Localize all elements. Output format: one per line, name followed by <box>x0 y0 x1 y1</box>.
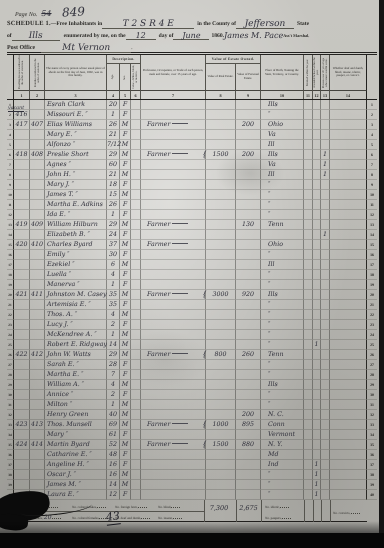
birthplace-cell: ″ <box>261 310 304 320</box>
family-cell <box>30 450 45 460</box>
real-estate-cell: 800 <box>206 350 236 360</box>
row-number-right: 15 <box>367 240 377 250</box>
occupation-cell <box>141 470 206 480</box>
occupation-cell: Farmer <box>141 220 206 230</box>
column-header-family: Families numbered in the order of visita… <box>30 55 45 90</box>
age-cell: 24 <box>107 230 120 240</box>
row-number-right: 7 <box>367 160 377 170</box>
infirm-cell <box>330 260 367 270</box>
birthplace-cell: Ill <box>261 170 304 180</box>
age-cell: 7/12 <box>107 140 120 150</box>
footer-rule <box>261 500 262 522</box>
birthplace-cell: ″ <box>261 270 304 280</box>
birthplace-cell: Vermont <box>261 430 304 440</box>
illiterate-cell <box>321 140 330 150</box>
occupation-cell <box>141 490 206 500</box>
real-estate-cell <box>206 380 236 390</box>
school-cell <box>313 290 321 300</box>
row-number-right: 35 <box>367 440 377 450</box>
school-cell <box>313 210 321 220</box>
infirm-cell <box>330 250 367 260</box>
family-cell <box>30 190 45 200</box>
real-estate-cell <box>206 180 236 190</box>
row-number-right: 3 <box>367 120 377 130</box>
family-cell <box>30 320 45 330</box>
family-cell <box>30 210 45 220</box>
married-cell <box>304 130 313 140</box>
row-number-right: 40 <box>367 490 377 500</box>
row-number-left: 13 <box>7 220 14 230</box>
family-cell: 407 <box>30 120 45 130</box>
census-scan-page: Page No. 54 849 SCHEDULE 1. —Free Inhabi… <box>0 0 384 548</box>
period: . <box>131 45 133 51</box>
illiterate-cell <box>321 220 330 230</box>
family-cell <box>30 270 45 280</box>
name-cell: Martha E. Adkins <box>45 200 107 210</box>
personal-estate-cell <box>236 250 261 260</box>
infirm-cell <box>330 470 367 480</box>
family-cell <box>30 140 45 150</box>
infirm-cell <box>330 100 367 110</box>
married-cell <box>304 360 313 370</box>
name-cell: Artemisia E. ″ <box>45 300 107 310</box>
school-cell <box>313 370 321 380</box>
birthplace-cell: ″ <box>261 210 304 220</box>
personal-estate-cell <box>236 180 261 190</box>
row-number-right: 16 <box>367 250 377 260</box>
sex-cell: M <box>120 340 131 350</box>
scan-edge-bottom <box>0 533 384 548</box>
occupation-cell <box>141 380 206 390</box>
married-cell <box>304 220 313 230</box>
real-estate-cell <box>206 390 236 400</box>
family-cell: 414 <box>30 440 45 450</box>
real-estate-cell <box>206 460 236 470</box>
married-cell <box>304 180 313 190</box>
column-number: 5 <box>120 90 131 99</box>
birthplace-cell: ″ <box>261 330 304 340</box>
school-cell: 1 <box>313 490 321 500</box>
name-cell: Elias Williams <box>45 120 107 130</box>
tally-convicts: No. convicts, <box>333 509 360 515</box>
birthplace-cell: ″ <box>261 390 304 400</box>
birthplace-cell: Tenn <box>261 350 304 360</box>
dwelling-cell <box>14 430 30 440</box>
row-number-right: 21 <box>367 300 377 310</box>
birthplace-cell: ″ <box>261 370 304 380</box>
name-cell: Sarah E. ″ <box>45 360 107 370</box>
illiterate-cell <box>321 420 330 430</box>
married-cell <box>304 320 313 330</box>
family-cell <box>30 360 45 370</box>
family-cell <box>30 310 45 320</box>
personal-estate-cell <box>236 200 261 210</box>
occupation-cell <box>141 180 206 190</box>
sex-cell: F <box>120 230 131 240</box>
dwelling-cell <box>14 180 30 190</box>
color-cell <box>131 330 141 340</box>
row-number-left: 19 <box>7 280 14 290</box>
name-cell: Preslie Short <box>45 150 107 160</box>
dwelling-cell <box>14 250 30 260</box>
married-cell <box>304 120 313 130</box>
table-header: Dwelling-houses numbered in the order of… <box>7 52 377 100</box>
illiterate-cell <box>321 260 330 270</box>
dwelling-cell <box>14 340 30 350</box>
sex-cell: M <box>120 440 131 450</box>
illiterate-cell <box>321 240 330 250</box>
age-cell: 28 <box>107 360 120 370</box>
illiterate-cell <box>321 470 330 480</box>
personal-estate-cell: 920 <box>236 290 261 300</box>
birthplace-cell: Ind <box>261 460 304 470</box>
infirm-cell <box>330 350 367 360</box>
section-description: Description. <box>107 55 141 64</box>
row-number-left: 21 <box>7 300 14 310</box>
infirm-cell <box>330 140 367 150</box>
personal-estate-cell <box>236 470 261 480</box>
married-cell <box>304 110 313 120</box>
dwelling-cell <box>14 320 30 330</box>
row-number-left: 6 <box>7 150 14 160</box>
name-cell: Henry Green <box>45 410 107 420</box>
name-cell: Mary E. ″ <box>45 130 107 140</box>
color-cell <box>131 100 141 110</box>
column-header-birthplace: Place of Birth, Naming the State, Territ… <box>261 55 304 90</box>
year-text: 1860. <box>211 33 224 39</box>
sex-cell: M <box>120 470 131 480</box>
birthplace-cell: ″ <box>261 490 304 500</box>
illiterate-cell <box>321 200 330 210</box>
school-cell <box>313 320 321 330</box>
married-cell <box>304 270 313 280</box>
real-estate-cell: 1500 <box>206 440 236 450</box>
row-number-right: 18 <box>367 270 377 280</box>
name-cell: Oscar J. ″ <box>45 470 107 480</box>
color-cell <box>131 320 141 330</box>
illiterate-cell <box>321 400 330 410</box>
married-cell <box>304 210 313 220</box>
occupation-cell <box>141 300 206 310</box>
real-estate-cell <box>206 430 236 440</box>
real-estate-cell <box>206 470 236 480</box>
real-estate-cell <box>206 240 236 250</box>
occupation-cell: Farmer <box>141 150 206 160</box>
illiterate-cell <box>321 360 330 370</box>
illiterate-cell <box>321 210 330 220</box>
row-number-left: 3 <box>7 120 14 130</box>
row-number-right: 2 <box>367 110 377 120</box>
column-header-school: Attended School within the year. <box>313 55 321 90</box>
row-number-right: 8 <box>367 170 377 180</box>
birthplace-cell: Ill <box>261 260 304 270</box>
column-header-dwelling: Dwelling-houses numbered in the order of… <box>14 55 30 90</box>
married-cell <box>304 170 313 180</box>
dwelling-cell <box>14 480 30 490</box>
color-cell <box>131 270 141 280</box>
occupation-cell: Farmer <box>141 290 206 300</box>
real-estate-cell <box>206 330 236 340</box>
dwelling-cell <box>14 270 30 280</box>
occupation-cell <box>141 430 206 440</box>
row-number-left: 31 <box>7 400 14 410</box>
infirm-cell <box>330 280 367 290</box>
dwelling-cell: 421 <box>14 290 30 300</box>
married-cell <box>304 160 313 170</box>
personal-estate-cell <box>236 460 261 470</box>
sex-cell: M <box>120 190 131 200</box>
dwelling-cell <box>14 260 30 270</box>
color-cell <box>131 240 141 250</box>
form-header: Page No. 54 849 SCHEDULE 1. —Free Inhabi… <box>7 3 377 52</box>
birthplace-cell: ″ <box>261 320 304 330</box>
color-cell <box>131 410 141 420</box>
vacant-note: vacant <box>8 106 24 112</box>
row-number-right: 20 <box>367 290 377 300</box>
occupation-cell <box>141 360 206 370</box>
age-cell: 35 <box>107 300 120 310</box>
dwelling-cell <box>14 450 30 460</box>
dwelling-cell <box>14 310 30 320</box>
infirm-cell <box>330 170 367 180</box>
age-cell: 69 <box>107 420 120 430</box>
sex-cell: M <box>120 420 131 430</box>
row-number-right: 13 <box>367 220 377 230</box>
occupation-cell <box>141 190 206 200</box>
sex-cell: F <box>120 300 131 310</box>
personal-estate-cell <box>236 160 261 170</box>
row-number-left: 36 <box>7 450 14 460</box>
personal-estate-cell <box>236 360 261 370</box>
birthplace-cell: ″ <box>261 180 304 190</box>
row-number-left: 5 <box>7 140 14 150</box>
column-number: 4 <box>107 90 120 99</box>
personal-estate-cell <box>236 270 261 280</box>
birthplace-cell: ″ <box>261 300 304 310</box>
illiterate-cell <box>321 280 330 290</box>
infirm-cell <box>330 480 367 490</box>
school-cell <box>313 140 321 150</box>
married-cell <box>304 310 313 320</box>
married-cell <box>304 390 313 400</box>
real-estate-cell <box>206 130 236 140</box>
color-cell <box>131 220 141 230</box>
infirm-cell <box>330 120 367 130</box>
column-number: 8 <box>206 90 236 99</box>
age-cell: 1 <box>107 210 120 220</box>
name-cell: Martha E. ″ <box>45 370 107 380</box>
row-number-right: 37 <box>367 460 377 470</box>
infirm-cell <box>330 310 367 320</box>
column-header-illiterate: Persons over 20 y'rs of age who cannot r… <box>321 55 330 90</box>
column-number: 13 <box>321 90 330 99</box>
age-cell: 15 <box>107 190 120 200</box>
color-cell <box>131 470 141 480</box>
age-cell: 16 <box>107 460 120 470</box>
birthplace-cell: Va <box>261 160 304 170</box>
marshal-title: Ass't Marshal. <box>283 33 309 38</box>
personal-estate-cell <box>236 240 261 250</box>
sex-cell: M <box>120 400 131 410</box>
birthplace-cell: Md <box>261 450 304 460</box>
color-cell <box>131 260 141 270</box>
personal-estate-cell <box>236 230 261 240</box>
row-number-left: 7 <box>7 160 14 170</box>
row-number-right: 23 <box>367 320 377 330</box>
personal-estate-cell <box>236 320 261 330</box>
row-number-left: 8 <box>7 170 14 180</box>
sex-cell: F <box>120 280 131 290</box>
sex-cell: F <box>120 390 131 400</box>
sex-cell: M <box>120 170 131 180</box>
illiterate-cell <box>321 180 330 190</box>
schedule-text: —Free Inhabitants in <box>51 21 103 27</box>
dwelling-cell <box>14 470 30 480</box>
name-cell: Esrah Clark <box>45 100 107 110</box>
real-estate-cell <box>206 450 236 460</box>
infirm-cell <box>330 450 367 460</box>
sex-cell: F <box>120 210 131 220</box>
illiterate-cell <box>321 310 330 320</box>
dwelling-cell: 419 <box>14 220 30 230</box>
dwelling-cell: 418 <box>14 150 30 160</box>
married-cell <box>304 440 313 450</box>
married-cell <box>304 460 313 470</box>
row-number-left: 11 <box>7 200 14 210</box>
age-cell: 21 <box>107 130 120 140</box>
row-number-left: 15 <box>7 240 14 250</box>
row-number-left: 30 <box>7 390 14 400</box>
sex-cell: M <box>120 220 131 230</box>
infirm-cell <box>330 290 367 300</box>
illiterate-cell <box>321 300 330 310</box>
personal-estate-cell <box>236 190 261 200</box>
color-cell <box>131 300 141 310</box>
real-estate-cell <box>206 310 236 320</box>
sex-cell: F <box>120 180 131 190</box>
age-cell: 18 <box>107 180 120 190</box>
illiterate-cell <box>321 110 330 120</box>
age-cell: 6 <box>107 260 120 270</box>
name-cell: Mary ″ <box>45 430 107 440</box>
personal-estate-cell <box>236 100 261 110</box>
infirm-cell <box>330 270 367 280</box>
age-cell: 7 <box>107 370 120 380</box>
sex-cell: F <box>120 460 131 470</box>
infirm-cell <box>330 220 367 230</box>
row-number-left: 18 <box>7 270 14 280</box>
infirm-cell <box>330 240 367 250</box>
age-cell: 1 <box>107 400 120 410</box>
birthplace-cell: ″ <box>261 480 304 490</box>
row-number-left: 23 <box>7 320 14 330</box>
personal-estate-cell <box>236 370 261 380</box>
age-cell: 29 <box>107 350 120 360</box>
infirm-cell <box>330 360 367 370</box>
sex-cell: M <box>120 330 131 340</box>
sex-cell: M <box>120 380 131 390</box>
schedule-title: SCHEDULE 1. <box>7 20 51 27</box>
color-cell <box>131 390 141 400</box>
state-word: State <box>297 21 309 27</box>
family-cell: 412 <box>30 350 45 360</box>
occupation-cell <box>141 400 206 410</box>
row-number-right: 34 <box>367 430 377 440</box>
row-number-right: 32 <box>367 410 377 420</box>
color-cell <box>131 280 141 290</box>
married-cell <box>304 420 313 430</box>
family-cell <box>30 480 45 490</box>
color-cell <box>131 420 141 430</box>
birthplace-cell: Ill <box>261 140 304 150</box>
dwelling-cell <box>14 460 30 470</box>
school-cell <box>313 100 321 110</box>
column-number: 12 <box>313 90 321 99</box>
row-number-right: 19 <box>367 280 377 290</box>
name-cell: Mary J. ″ <box>45 180 107 190</box>
occupation-cell <box>141 260 206 270</box>
personal-estate-cell <box>236 490 261 500</box>
occupation-cell <box>141 320 206 330</box>
school-cell <box>313 420 321 430</box>
age-cell: 40 <box>107 410 120 420</box>
name-cell: Angeline H. ″ <box>45 460 107 470</box>
illiterate-cell <box>321 490 330 500</box>
illiterate-cell: 1 <box>321 170 330 180</box>
school-cell <box>313 120 321 130</box>
personal-estate-cell <box>236 260 261 270</box>
dwelling-cell <box>14 230 30 240</box>
row-number-right: 24 <box>367 330 377 340</box>
real-estate-cell: 1500 <box>206 150 236 160</box>
row-number-left: 17 <box>7 260 14 270</box>
scan-edge-right <box>379 0 384 548</box>
birthplace-cell: Ills <box>261 150 304 160</box>
dwelling-cell: 422 <box>14 350 30 360</box>
sex-cell: F <box>120 490 131 500</box>
row-number-right: 14 <box>367 230 377 240</box>
real-estate-cell <box>206 370 236 380</box>
age-cell: 26 <box>107 200 120 210</box>
age-cell: 52 <box>107 440 120 450</box>
family-cell <box>30 470 45 480</box>
real-estate-cell: 3000 <box>206 290 236 300</box>
dwelling-cell <box>14 170 30 180</box>
family-cell <box>30 380 45 390</box>
school-cell <box>313 170 321 180</box>
color-cell <box>131 430 141 440</box>
color-cell <box>131 480 141 490</box>
married-cell <box>304 400 313 410</box>
family-cell <box>30 160 45 170</box>
row-number-right: 5 <box>367 140 377 150</box>
infirm-cell <box>330 420 367 430</box>
occupation-cell <box>141 100 206 110</box>
personal-estate-cell: 200 <box>236 120 261 130</box>
color-cell <box>131 190 141 200</box>
paper-background: Page No. 54 849 SCHEDULE 1. —Free Inhabi… <box>0 0 379 533</box>
occupation-cell <box>141 170 206 180</box>
illiterate-cell <box>321 460 330 470</box>
name-cell: Thos. Munsell <box>45 420 107 430</box>
occupation-cell <box>141 200 206 210</box>
illiterate-cell <box>321 340 330 350</box>
name-cell: Elizabeth B. ″ <box>45 230 107 240</box>
row-number-left: 26 <box>7 350 14 360</box>
name-cell: Emily ″ <box>45 250 107 260</box>
family-cell <box>30 390 45 400</box>
name-cell: Charles Byard <box>45 240 107 250</box>
